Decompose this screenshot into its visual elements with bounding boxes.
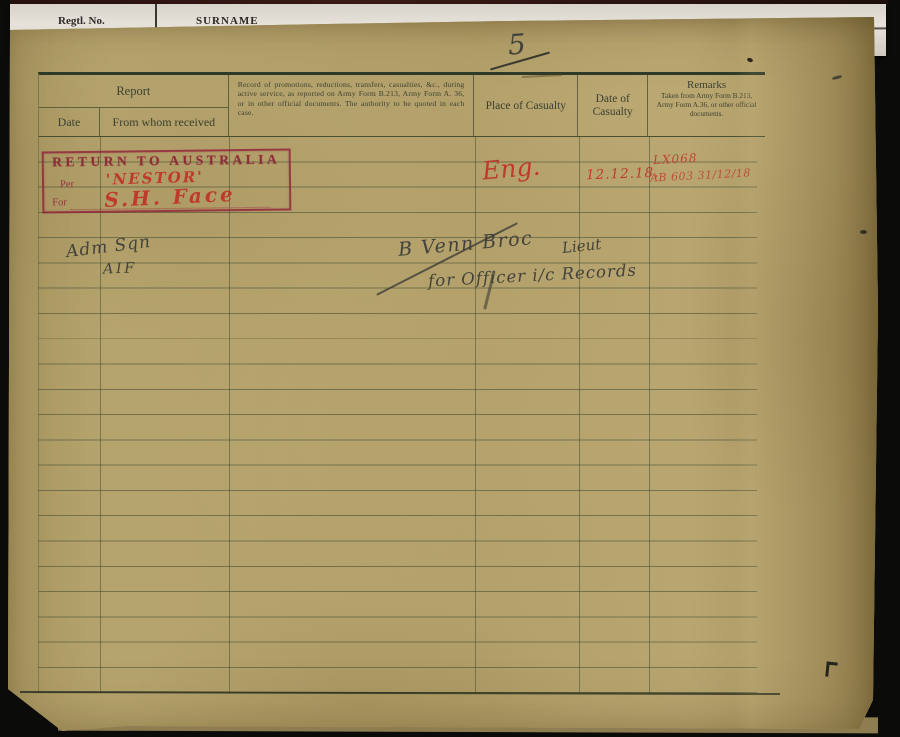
entry-remarks-line1: LX068 bbox=[653, 151, 698, 167]
entry-unit-line2: AIF bbox=[103, 260, 137, 277]
header-date: Date bbox=[39, 108, 100, 136]
return-to-australia-stamp: RETURN TO AUSTRALIA Per 'NESTOR' For S.H… bbox=[42, 148, 292, 213]
column-line-record bbox=[475, 137, 476, 693]
scanned-document: Regtl. No. SURNAME Report Date From whom… bbox=[0, 0, 900, 737]
table-body-ruled-rows bbox=[38, 137, 757, 693]
stamp-title: RETURN TO AUSTRALIA bbox=[44, 152, 289, 171]
header-from-whom: From whom received bbox=[100, 108, 228, 136]
form-page: Report Date From whom received Record of… bbox=[6, 12, 882, 734]
header-remarks: Remarks Taken from Army Form B.213, Army… bbox=[648, 75, 765, 136]
table-header: Report Date From whom received Record of… bbox=[38, 72, 765, 137]
header-remarks-title: Remarks bbox=[648, 79, 765, 91]
header-report-subrow: Date From whom received bbox=[39, 108, 228, 136]
entry-date-of-casualty: 12.12.18. bbox=[586, 165, 660, 184]
header-remarks-subtext: Taken from Army Form B.213, Army Form A.… bbox=[648, 91, 765, 118]
handwritten-page-number: 5 bbox=[507, 27, 527, 61]
column-line-date bbox=[100, 137, 101, 693]
pen-mark bbox=[825, 661, 838, 677]
paper-speck bbox=[860, 230, 867, 234]
column-divider bbox=[155, 4, 157, 30]
surname-label: SURNAME bbox=[196, 15, 259, 27]
entry-place-of-casualty: Eng. bbox=[481, 152, 542, 186]
stamp-per-label: Per bbox=[60, 179, 74, 190]
column-line-date-of-casualty bbox=[649, 137, 650, 693]
header-record: Record of promotions, reductions, transf… bbox=[229, 75, 475, 136]
header-report: Report bbox=[39, 75, 228, 108]
column-line-from-whom bbox=[229, 137, 230, 693]
stamp-for-label: For bbox=[52, 197, 67, 208]
column-line-place bbox=[579, 137, 580, 693]
header-report-group: Report Date From whom received bbox=[39, 75, 229, 136]
regtl-no-label: Regtl. No. bbox=[58, 15, 105, 27]
header-date-of-casualty: Date of Casualty bbox=[578, 75, 648, 136]
header-place-of-casualty: Place of Casualty bbox=[474, 75, 578, 136]
